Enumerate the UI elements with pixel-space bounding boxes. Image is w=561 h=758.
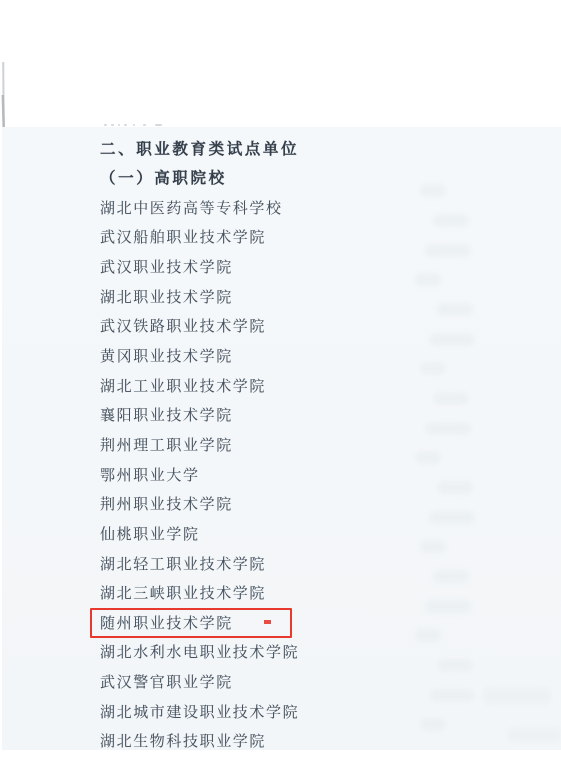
list-item: 湖北水利水电职业技术学院	[100, 637, 500, 667]
entry-text: 湖北城市建设职业技术学院	[100, 701, 299, 722]
entry-text: 湖北职业技术学院	[100, 286, 233, 307]
entry-text: 荆州理工职业学院	[100, 434, 233, 455]
entry-text: 湖北水利水电职业技术学院	[100, 641, 299, 662]
entry-text: 仙桃职业学院	[100, 523, 200, 544]
entry-text: 湖北中医药高等专科学校	[100, 197, 283, 218]
entry-text: 湖北轻工职业技术学院	[100, 553, 266, 574]
list-item: 湖北中医药高等专科学校	[100, 192, 500, 222]
list-item: 湖北轻工职业技术学院	[100, 548, 500, 578]
section-heading: 二、职业教育类试点单位	[100, 133, 500, 163]
entry-text: 湖北三峡职业技术学院	[100, 582, 266, 603]
entry-text: 黄冈职业技术学院	[100, 345, 233, 366]
entry-text: 荆州职业技术学院	[100, 493, 233, 514]
list-item: 湖北工业职业技术学院	[100, 370, 500, 400]
list-item: 武汉铁路职业技术学院	[100, 311, 500, 341]
list-item: 仙桃职业学院	[100, 519, 500, 549]
section-heading-text: 二、职业教育类试点单位	[100, 137, 299, 159]
list-item: 湖北职业技术学院	[100, 281, 500, 311]
highlight-box	[90, 608, 292, 638]
document-content: 二、职业教育类试点单位 （一）高职院校 湖北中医药高等专科学校武汉船舶职业技术学…	[100, 133, 500, 750]
list-item: 荆州职业技术学院	[100, 489, 500, 519]
list-item: 武汉职业技术学院	[100, 252, 500, 282]
subsection-heading: （一）高职院校	[100, 163, 500, 193]
entry-text: 鄂州职业大学	[100, 464, 200, 485]
entry-text: 湖北工业职业技术学院	[100, 375, 266, 396]
entry-text: 襄阳职业技术学院	[100, 404, 233, 425]
entry-text: 湖北生物科技职业学院	[100, 730, 266, 750]
entry-text: 武汉船舶职业技术学院	[100, 226, 266, 247]
list-item-highlighted: 随州职业技术学院	[100, 608, 500, 638]
list-item: 武汉船舶职业技术学院	[100, 222, 500, 252]
list-item: 黄冈职业技术学院	[100, 341, 500, 371]
list-item: 湖北城市建设职业技术学院	[100, 696, 500, 726]
scanned-page: 二、职业教育类试点单位 （一）高职院校 湖北中医药高等专科学校武汉船舶职业技术学…	[2, 127, 561, 750]
screenshot-root: { "page": { "section_heading": "二、职业教育类试…	[0, 0, 561, 758]
highlight-dash-mark	[264, 620, 271, 624]
smudge-artifact	[507, 727, 561, 743]
list-item: 湖北三峡职业技术学院	[100, 578, 500, 608]
entry-text: 武汉职业技术学院	[100, 256, 233, 277]
entry-list: 湖北中医药高等专科学校武汉船舶职业技术学院武汉职业技术学院湖北职业技术学院武汉铁…	[100, 192, 500, 750]
list-item: 鄂州职业大学	[100, 459, 500, 489]
subsection-heading-text: （一）高职院校	[100, 166, 227, 188]
faded-dots-artifact	[104, 123, 162, 126]
entry-text: 武汉铁路职业技术学院	[100, 315, 266, 336]
list-item: 武汉警官职业学院	[100, 667, 500, 697]
list-item: 湖北生物科技职业学院	[100, 726, 500, 750]
list-item: 襄阳职业技术学院	[100, 400, 500, 430]
list-item: 荆州理工职业学院	[100, 430, 500, 460]
entry-text: 武汉警官职业学院	[100, 671, 233, 692]
